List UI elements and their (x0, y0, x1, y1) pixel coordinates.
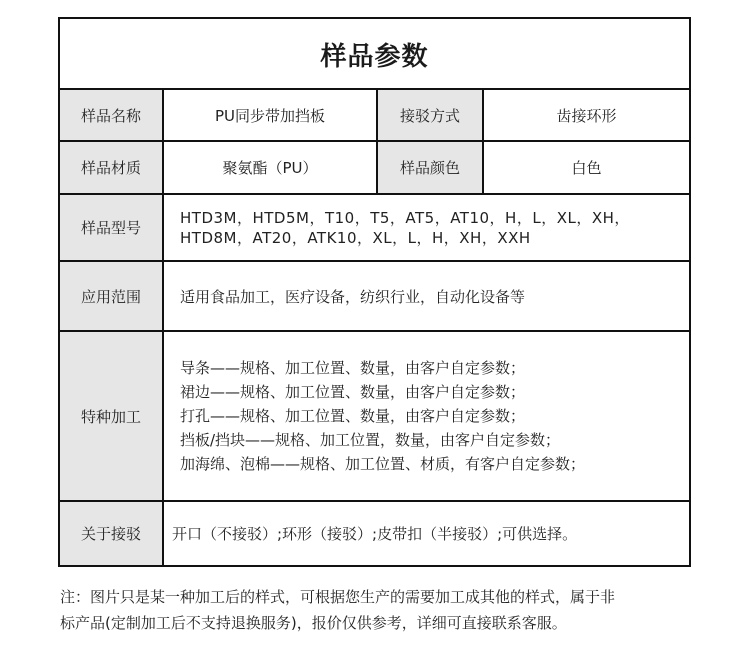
value-models: HTD3M，HTD5M，T10，T5，AT5，AT10，H，L，XL，XH， H… (164, 195, 689, 260)
label-application: 应用范围 (60, 262, 162, 330)
value-about-joint: 开口（不接驳）;环形（接驳）;皮带扣（半接驳）;可供选择。 (164, 502, 689, 565)
special-line: 加海绵、泡棉——规格、加工位置、材质，有客户自定参数； (180, 452, 585, 476)
label-joint-method: 接驳方式 (378, 90, 482, 140)
value-sample-name: PU同步带加挡板 (164, 90, 376, 140)
label-models: 样品型号 (60, 195, 162, 260)
special-line: 导条——规格、加工位置、数量，由客户自定参数； (180, 356, 525, 380)
label-color: 样品颜色 (378, 142, 482, 193)
special-line: 裙边——规格、加工位置、数量，由客户自定参数； (180, 380, 525, 404)
value-application: 适用食品加工，医疗设备，纺织行业，自动化设备等 (164, 262, 689, 330)
footnote-line: 标产品(定制加工后不支持退换服务)，报价仅供参考，详细可直接联系客服。 (60, 610, 700, 636)
models-line: HTD3M，HTD5M，T10，T5，AT5，AT10，H，L，XL，XH， (180, 208, 630, 228)
special-line: 打孔——规格、加工位置、数量，由客户自定参数； (180, 404, 525, 428)
models-line: HTD8M，AT20，ATK10，XL，L，H，XH，XXH (180, 228, 531, 248)
label-special-processing: 特种加工 (60, 332, 162, 500)
value-color: 白色 (484, 142, 689, 193)
value-material: 聚氨酯（PU） (164, 142, 376, 193)
footnote: 注：图片只是某一种加工后的样式，可根据您生产的需要加工成其他的样式，属于非 标产… (60, 584, 700, 636)
label-sample-name: 样品名称 (60, 90, 162, 140)
label-about-joint: 关于接驳 (60, 502, 162, 565)
value-special-processing: 导条——规格、加工位置、数量，由客户自定参数； 裙边——规格、加工位置、数量，由… (164, 332, 689, 500)
value-joint-method: 齿接环形 (484, 90, 689, 140)
label-material: 样品材质 (60, 142, 162, 193)
sample-parameters-table: 样品参数 样品名称 PU同步带加挡板 接驳方式 齿接环形 样品材质 聚氨酯（PU… (58, 17, 691, 567)
table-title: 样品参数 (60, 19, 689, 89)
footnote-line: 注：图片只是某一种加工后的样式，可根据您生产的需要加工成其他的样式，属于非 (60, 584, 700, 610)
special-line: 挡板/挡块——规格、加工位置，数量，由客户自定参数； (180, 428, 560, 452)
